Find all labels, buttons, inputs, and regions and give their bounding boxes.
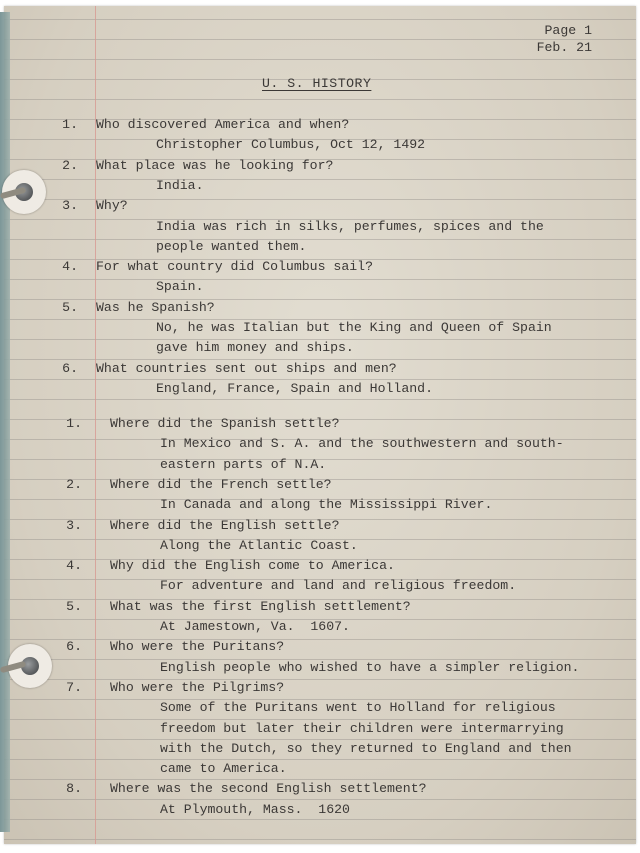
question-number: 1. xyxy=(48,117,78,132)
answer-text: freedom but later their children were in… xyxy=(160,721,564,736)
answer-text: At Jamestown, Va. 1607. xyxy=(160,619,350,634)
question-number: 3. xyxy=(52,518,82,533)
question-number: 3. xyxy=(48,198,78,213)
page-title: U. S. HISTORY xyxy=(262,76,371,91)
question-number: 4. xyxy=(48,259,78,274)
question-number: 2. xyxy=(52,477,82,492)
question-text: Who were the Puritans? xyxy=(110,639,284,654)
page-number: Page 1 xyxy=(545,22,592,39)
question-number: 2. xyxy=(48,158,78,173)
question-text: Why? xyxy=(96,198,128,213)
answer-text: Christopher Columbus, Oct 12, 1492 xyxy=(156,137,425,152)
question-number: 6. xyxy=(52,639,82,654)
answer-text: In Canada and along the Mississippi Rive… xyxy=(160,497,492,512)
question-text: Where did the Spanish settle? xyxy=(110,416,340,431)
answer-text: came to America. xyxy=(160,761,287,776)
question-text: Where was the second English settlement? xyxy=(110,781,427,796)
answer-text: India was rich in silks, perfumes, spice… xyxy=(156,219,544,234)
question-text: Who discovered America and when? xyxy=(96,117,349,132)
binder-cover-edge xyxy=(0,12,10,832)
answer-text: In Mexico and S. A. and the southwestern… xyxy=(160,436,564,451)
answer-text: Some of the Puritans went to Holland for… xyxy=(160,700,556,715)
answer-text: Spain. xyxy=(156,279,203,294)
question-text: Who were the Pilgrims? xyxy=(110,680,284,695)
question-text: What place was he looking for? xyxy=(96,158,333,173)
question-number: 5. xyxy=(48,300,78,315)
answer-text: England, France, Spain and Holland. xyxy=(156,381,433,396)
answer-text: English people who wished to have a simp… xyxy=(160,660,579,675)
question-text: For what country did Columbus sail? xyxy=(96,259,373,274)
answer-text: For adventure and land and religious fre… xyxy=(160,578,516,593)
page-date: Feb. 21 xyxy=(537,39,592,56)
question-text: Where did the French settle? xyxy=(110,477,332,492)
question-number: 6. xyxy=(48,361,78,376)
question-text: Was he Spanish? xyxy=(96,300,215,315)
question-number: 4. xyxy=(52,558,82,573)
question-text: Why did the English come to America. xyxy=(110,558,395,573)
answer-text: eastern parts of N.A. xyxy=(160,457,326,472)
question-text: What countries sent out ships and men? xyxy=(96,361,397,376)
question-text: Where did the English settle? xyxy=(110,518,340,533)
question-number: 1. xyxy=(52,416,82,431)
answer-text: Along the Atlantic Coast. xyxy=(160,538,358,553)
answer-text: people wanted them. xyxy=(156,239,306,254)
question-number: 5. xyxy=(52,599,82,614)
answer-text: India. xyxy=(156,178,203,193)
answer-text: No, he was Italian but the King and Quee… xyxy=(156,320,552,335)
question-number: 8. xyxy=(52,781,82,796)
answer-text: gave him money and ships. xyxy=(156,340,354,355)
question-number: 7. xyxy=(52,680,82,695)
question-text: What was the first English settlement? xyxy=(110,599,411,614)
answer-text: with the Dutch, so they returned to Engl… xyxy=(160,741,572,756)
answer-text: At Plymouth, Mass. 1620 xyxy=(160,802,350,817)
